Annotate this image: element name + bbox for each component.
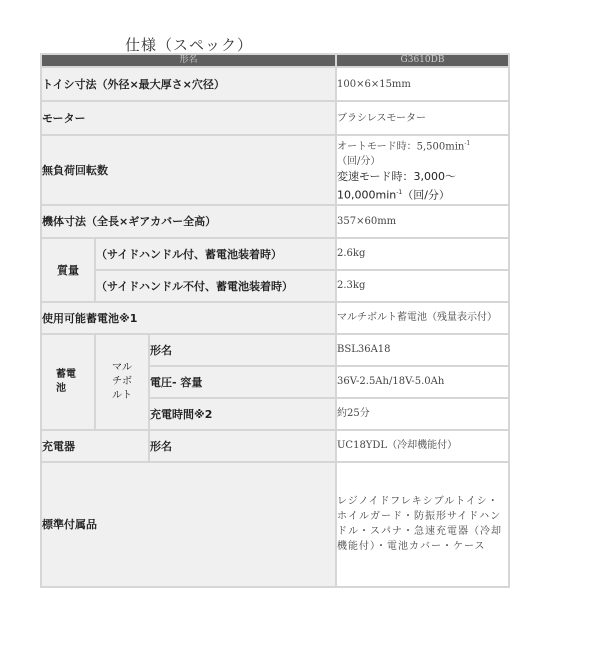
- row-value-battery-model: BSL36A18: [336, 334, 509, 366]
- row-value-no-load-speed: オートモード時：5,500min-1（回/分） 変速モード時：3,000～10,…: [336, 135, 509, 205]
- row-label-battery-model: 形名: [149, 334, 336, 366]
- table-row: 蓄電池 マルチボルト 形名 BSL36A18: [41, 334, 509, 366]
- row-label-charger: 充電器: [41, 430, 149, 462]
- header-model-label: 形名: [41, 54, 336, 67]
- spec-table: 形名 G3610DB トイシ寸法（外径×最大厚さ×穴径） 100×6×15mm …: [40, 53, 510, 588]
- row-label-body-dimensions: 機体寸法（全長×ギアカバー全高）: [41, 205, 336, 238]
- row-label-no-load-speed: 無負荷回転数: [41, 135, 336, 205]
- table-row: 機体寸法（全長×ギアカバー全高） 357×60mm: [41, 205, 509, 238]
- row-value-battery-voltage: 36V-2.5Ah/18V-5.0Ah: [336, 366, 509, 398]
- row-label-battery-voltage: 電圧‐ 容量: [149, 366, 336, 398]
- row-label-grinding-wheel: トイシ寸法（外径×最大厚さ×穴径）: [41, 67, 336, 101]
- variable-mode-speed: 変速モード時：3,000～10,000min-1（回/分）: [337, 169, 508, 204]
- row-label-motor: モーター: [41, 101, 336, 135]
- row-value-battery-charge-time: 約25分: [336, 398, 509, 430]
- table-row: （サイドハンドル不付、蓄電池装着時） 2.3kg: [41, 270, 509, 302]
- row-value-grinding-wheel: 100×6×15mm: [336, 67, 509, 101]
- auto-mode-speed: オートモード時：5,500min-1（回/分）: [337, 136, 508, 169]
- row-label-weight-without-handle: （サイドハンドル不付、蓄電池装着時）: [95, 270, 336, 302]
- row-value-body-dimensions: 357×60mm: [336, 205, 509, 238]
- table-row: 標準付属品 レジノイドフレキシブルトイシ・ホイルガード・防振形サイドハンドル・ス…: [41, 462, 509, 587]
- row-value-weight-without-handle: 2.3kg: [336, 270, 509, 302]
- row-value-charger-model: UC18YDL（冷却機能付）: [336, 430, 509, 462]
- row-label-battery-multivolt: マルチボルト: [95, 334, 149, 430]
- row-label-accessories: 標準付属品: [41, 462, 336, 587]
- page-title: 仕様（スペック）: [125, 34, 253, 55]
- table-row: 質量 （サイドハンドル付、蓄電池装着時） 2.6kg: [41, 238, 509, 270]
- table-row: トイシ寸法（外径×最大厚さ×穴径） 100×6×15mm: [41, 67, 509, 101]
- table-row: モーター ブラシレスモーター: [41, 101, 509, 135]
- table-row: 充電器 形名 UC18YDL（冷却機能付）: [41, 430, 509, 462]
- row-label-usable-battery: 使用可能蓄電池※1: [41, 302, 336, 334]
- table-row: 無負荷回転数 オートモード時：5,500min-1（回/分） 変速モード時：3,…: [41, 135, 509, 205]
- table-header-row: 形名 G3610DB: [41, 54, 509, 67]
- row-label-battery-charge-time: 充電時間※2: [149, 398, 336, 430]
- table-row: 使用可能蓄電池※1 マルチボルト蓄電池（残量表示付）: [41, 302, 509, 334]
- header-model-value: G3610DB: [336, 54, 509, 67]
- row-label-battery: 蓄電池: [41, 334, 95, 430]
- row-value-weight-with-handle: 2.6kg: [336, 238, 509, 270]
- row-label-weight: 質量: [41, 238, 95, 302]
- row-label-weight-with-handle: （サイドハンドル付、蓄電池装着時）: [95, 238, 336, 270]
- row-value-motor: ブラシレスモーター: [336, 101, 509, 135]
- row-value-usable-battery: マルチボルト蓄電池（残量表示付）: [336, 302, 509, 334]
- row-value-accessories: レジノイドフレキシブルトイシ・ホイルガード・防振形サイドハンドル・スパナ・急速充…: [336, 462, 509, 587]
- row-label-charger-model: 形名: [149, 430, 336, 462]
